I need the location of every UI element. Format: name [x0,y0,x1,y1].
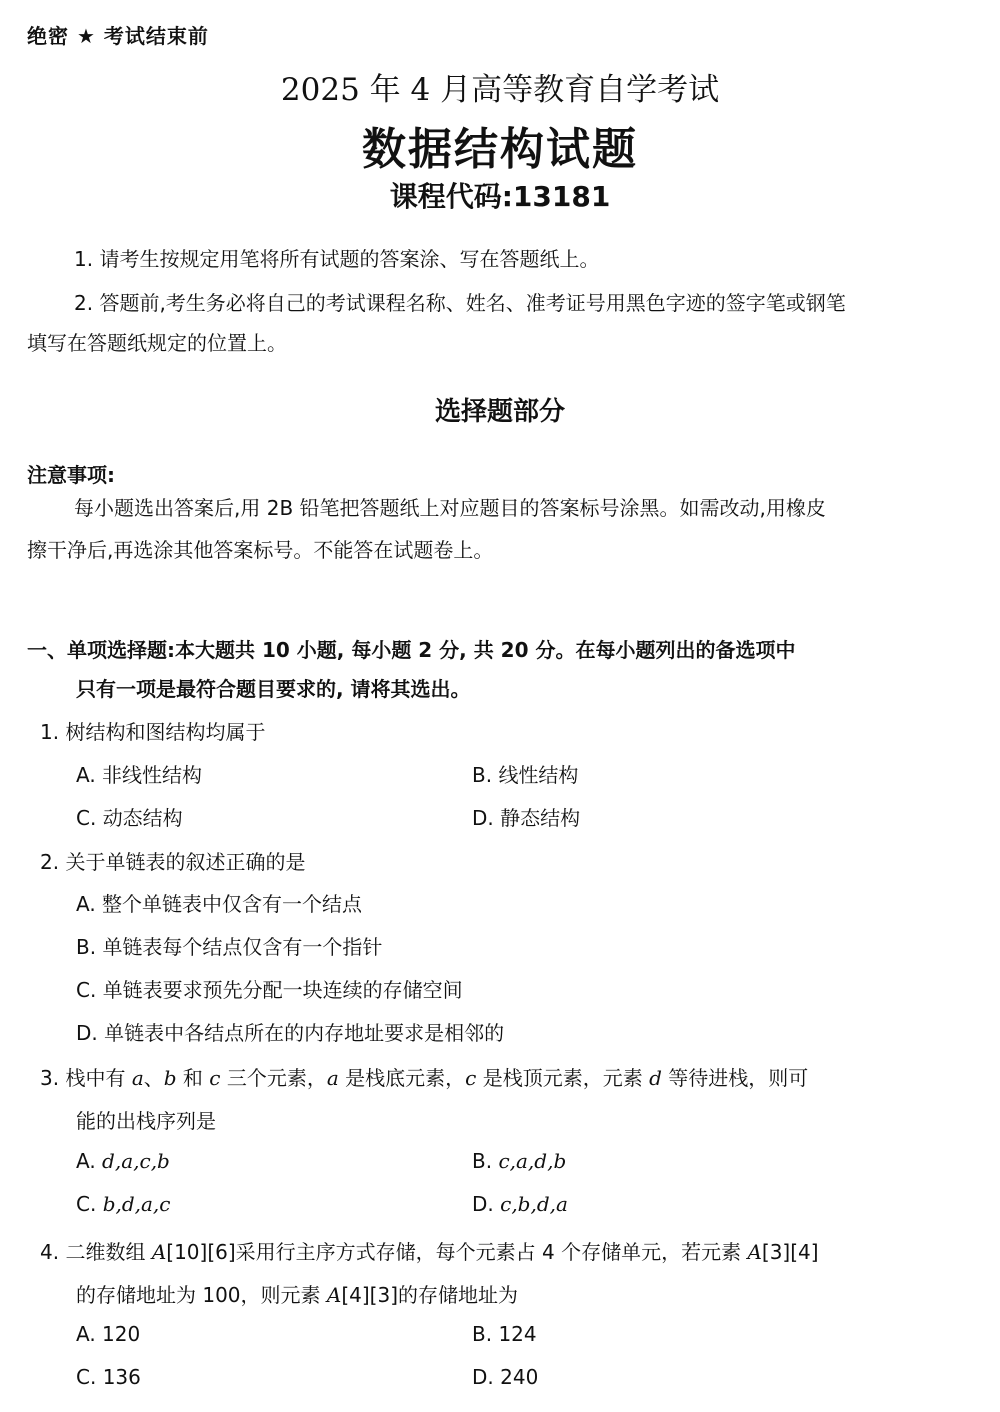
question-number: 4. [40,1240,59,1264]
question-3-cont: 能的出栈序列是 [76,1105,216,1134]
question-number: 1. [40,720,59,744]
confidential-label: 绝密 ★ 考试结束前 [27,20,209,49]
q2-option-a: A. 整个单链表中仅含有一个结点 [76,888,362,917]
q1-option-b: B. 线性结构 [472,759,578,788]
q1-option-a: A. 非线性结构 [76,759,202,788]
question-number: 2. [40,850,59,874]
q4-option-b: B. 124 [472,1322,537,1346]
instruction-2: 2. 答题前,考生务必将自己的考试课程名称、姓名、准考证号用黑色字迹的签字笔或钢… [74,293,846,313]
q1-option-c: C. 动态结构 [76,802,183,831]
question-4-cont: 的存储地址为 100，则元素 A[4][3]的存储地址为 [76,1279,518,1308]
course-code: 课程代码:13181 [0,175,1000,215]
part-heading: 一、单项选择题:本大题共 10 小题, 每小题 2 分, 共 20 分。在每小题… [27,634,795,663]
exam-title: 2025 年 4 月高等教育自学考试 [0,64,1000,109]
notice-line-2: 擦干净后,再选涂其他答案标号。不能答在试题卷上。 [27,540,493,560]
question-2: 2. 关于单链表的叙述正确的是 [40,846,305,875]
question-stem: 树结构和图结构均属于 [65,720,265,744]
question-number: 3. [40,1066,59,1090]
q4-option-a: A. 120 [76,1322,140,1346]
subject-title: 数据结构试题 [0,113,1000,177]
q3-option-c: C. b,d,a,c [76,1192,171,1216]
instruction-2-cont: 填写在答题纸规定的位置上。 [27,333,287,353]
q2-option-c: C. 单链表要求预先分配一块连续的存储空间 [76,974,463,1003]
question-4: 4. 二维数组 A[10][6]采用行主序方式存储，每个元素占 4 个存储单元，… [40,1236,819,1265]
q4-option-d: D. 240 [472,1365,538,1389]
q4-option-c: C. 136 [76,1365,141,1389]
instruction-1: 1. 请考生按规定用笔将所有试题的答案涂、写在答题纸上。 [74,249,599,269]
q2-option-b: B. 单链表每个结点仅含有一个指针 [76,931,382,960]
q1-option-d: D. 静态结构 [472,802,580,831]
question-stem: 关于单链表的叙述正确的是 [65,850,305,874]
question-3: 3. 栈中有 a、b 和 c 三个元素，a 是栈底元素，c 是栈顶元素，元素 d… [40,1062,808,1091]
q2-option-d: D. 单链表中各结点所在的内存地址要求是相邻的 [76,1017,504,1046]
notice-label: 注意事项: [27,459,115,488]
q3-option-b: B. c,a,d,b [472,1149,566,1173]
q3-option-d: D. c,b,d,a [472,1192,568,1216]
question-1: 1. 树结构和图结构均属于 [40,716,265,745]
section-title: 选择题部分 [0,391,1000,428]
q3-option-a: A. d,a,c,b [76,1149,170,1173]
notice-line-1: 每小题选出答案后,用 2B 铅笔把答题纸上对应题目的答案标号涂黑。如需改动,用橡… [74,498,826,518]
part-heading-cont: 只有一项是最符合题目要求的, 请将其选出。 [76,673,471,702]
